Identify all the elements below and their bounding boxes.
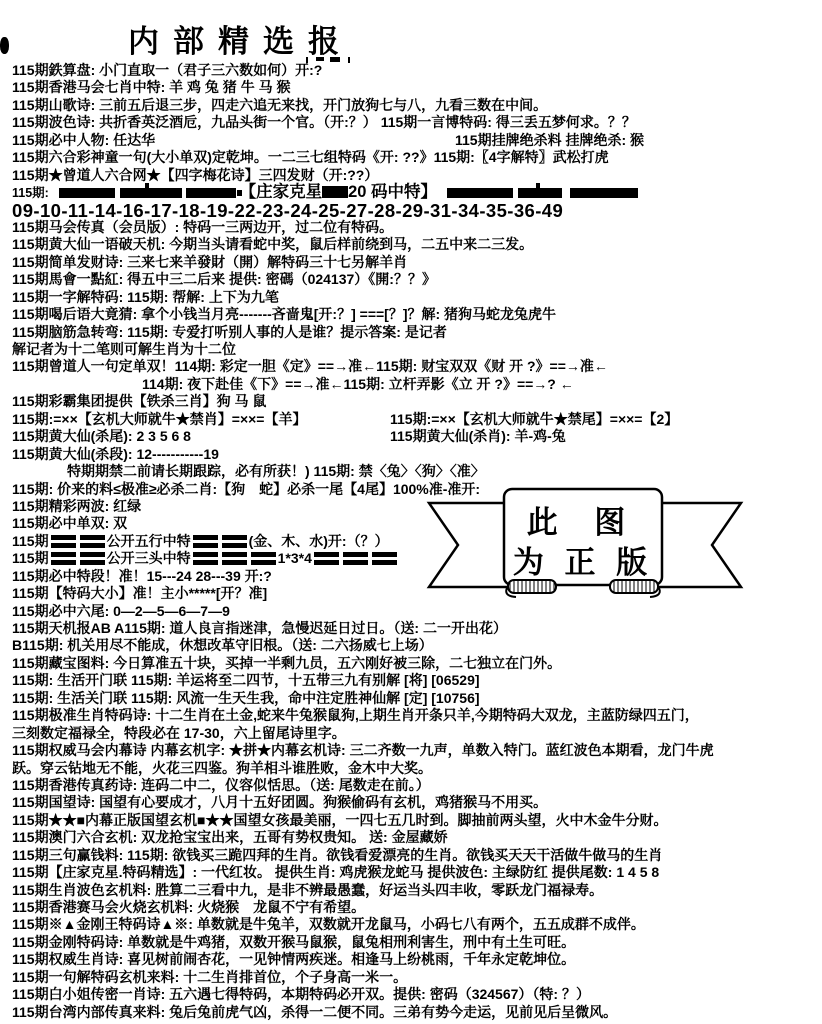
text-row: 115期★曾道人六合网★【四字梅花诗】三四发财（开:??） xyxy=(12,167,818,184)
row-left: 115期黄大仙(杀尾): 2 3 5 6 8 xyxy=(12,428,191,444)
double-bar-icon xyxy=(314,552,339,565)
double-bar-icon xyxy=(51,552,76,565)
text-row: 115期【庄家克星.特码精选】: 一代红妆。 提供生肖: 鸡虎猴龙蛇马 提供波色… xyxy=(12,864,818,881)
text-row: 115期一字解特码: 115期: 帮解: 上下为九笔 xyxy=(12,289,818,306)
text-row: 115期黄大仙一语破天机: 今期当头请看蛇中奖，鼠后样前绕到马，二五中来二三发。 xyxy=(12,236,818,253)
text-row: 115期一句解特码玄机来料: 十二生肖排首位，个子身高一米一。 xyxy=(12,969,818,986)
double-bar-icon xyxy=(193,552,218,565)
row-left: 115期必中人物: 任达华 xyxy=(12,132,155,148)
numbers-row: 09-10-11-14-16-17-18-19-22-23-24-25-27-2… xyxy=(12,202,818,219)
text-row: 115期馬會一點紅: 得五中三二后来 提供: 密碼（024137）《開:？？》 xyxy=(12,271,818,288)
text-row: 115期权威马会内幕诗 内幕玄机字: ★拼★内幕玄机诗: 三二齐数一九声，单数入… xyxy=(12,742,818,759)
text-row: 115期※▲金刚王特码诗▲※: 单数就是牛兔羊，双数就开龙鼠马，小码七八有两个，… xyxy=(12,916,818,933)
double-bar-icon xyxy=(51,535,76,548)
text-row: 115期藏宝图料: 今日算准五十块，买掉一半剩九员，五六刚好被三除，二七独立在门… xyxy=(12,655,818,672)
row-part: 公开三头中特 xyxy=(107,550,191,566)
text-row: 115期彩霸集团提供【铁杀三肖】狗 马 鼠 xyxy=(12,393,818,410)
double-bar-icon xyxy=(372,552,397,565)
text-row: 115期山歌诗: 三前五后退三步，四走六追无来找，开门放狗七与八，九看三数在中间… xyxy=(12,97,818,114)
text-row: 115期三句赢钱料: 115期: 欲钱买三跪四拜的生肖。欲钱看爱漂亮的生肖。欲钱… xyxy=(12,847,818,864)
ink-blot xyxy=(0,37,9,54)
row-part: 1*3*4 xyxy=(278,550,312,566)
two-column-row: 115期黄大仙(杀尾): 2 3 5 6 8 115期黄大仙(杀肖): 羊-鸡-… xyxy=(12,428,818,445)
redaction-bar xyxy=(518,188,562,198)
double-bar-icon xyxy=(80,552,105,565)
text-row: 114期: 夜下赴佳《下》==→准←115期: 立杆弄影《立 开 ?》==→? … xyxy=(12,376,818,393)
row-part: (金、木、水)开:（？） xyxy=(249,533,389,549)
row-right: 115期黄大仙(杀肖): 羊-鸡-兔 xyxy=(390,428,566,445)
row-part: 公开五行中特 xyxy=(107,533,191,549)
double-bar-icon xyxy=(251,552,276,565)
banner-label-right: 20 码中特】 xyxy=(348,183,437,201)
row-right: 115期挂牌绝杀料 挂牌绝杀: 猴 xyxy=(455,132,644,149)
redaction-bar xyxy=(570,188,638,198)
text-row: 115期香港马会七肖中特: 羊 鸡 兔 猪 牛 马 猴 xyxy=(12,79,818,96)
text-row: 115期鉄算盘: 小门直取一（君子三六数如何）开:? xyxy=(12,62,818,79)
text-row: 115期澳门六合玄机: 双龙抢宝宝出来，五哥有势权贵知。 送: 金屋藏娇 xyxy=(12,829,818,846)
text-row: 跃。穿云钻地无不能，火花三四鉴。狗羊相斗谁胜败，金木中大奖。 xyxy=(12,760,818,777)
row-right: 115期:=××【玄机大师就牛★禁尾】=××=【2】 xyxy=(390,411,678,428)
text-row: 115期六合彩神童一句(大小单双)定乾坤。一二三七组特码《开: ??》115期:… xyxy=(12,149,818,166)
redaction-bar xyxy=(186,188,236,198)
text-row: 115期曾道人一句定单双！114期: 彩定一胆《定》==→准←115期: 财宝双… xyxy=(12,358,818,375)
redacted-banner-row: 115期: 【庄家克星20 码中特】 xyxy=(12,184,818,201)
double-bar-icon xyxy=(343,552,368,565)
text-row: 115期权威生肖诗: 喜见树前闹杏花，一见钟情两疾迷。相逢马上纷桃雨，千年永定乾… xyxy=(12,951,818,968)
redaction-bar xyxy=(447,188,513,198)
text-row: 115期生肖波色玄机料: 胜算二三看中九，是非不辨最愚蠢，好运当头四丰收，零跃龙… xyxy=(12,882,818,899)
text-row: 115期国望诗: 国望有心要成才，八月十五好团圆。狗猴偷码有玄机，鸡猪猴马不用买… xyxy=(12,794,818,811)
banner-label-left: 【庄家克星 xyxy=(240,183,323,201)
double-bar-icon xyxy=(193,535,218,548)
text-row: 115期简单发财诗: 三来七来羊發財（開）解特码三十七另解羊肖 xyxy=(12,254,818,271)
report-title: 内部精选报 xyxy=(128,16,353,61)
text-row: 115期马会传真（会员版）: 特码一三两边开，过二位有特码。 xyxy=(12,219,818,236)
double-bar-icon xyxy=(222,535,247,548)
authenticity-stamp: 此 图 为 正 版 xyxy=(424,487,746,609)
redaction-bar xyxy=(59,188,115,198)
row-left: 115期:=××【玄机大师就牛★禁肖】=××=【羊】 xyxy=(12,411,306,427)
text-row: 115期: 生活开门联 115期: 羊运将至二四节，十五带三九有别解 [将] [… xyxy=(12,672,818,689)
row-part: 115期 xyxy=(12,533,49,549)
text-row: 解记者为十二笔则可解生肖为十二位 xyxy=(12,341,818,358)
text-row: 115期脑筋急转弯: 115期: 专爱打听别人事的人是谁？提示答案: 是记者 xyxy=(12,324,818,341)
two-column-row: 115期:=××【玄机大师就牛★禁肖】=××=【羊】 115期:=××【玄机大师… xyxy=(12,411,818,428)
stamp-text-bottom: 为 正 版 xyxy=(513,545,653,580)
row-part: 115期 xyxy=(12,550,49,566)
text-row: 115期喝后语大竟猜: 拿个小钱当月亮-------吝啬鬼[开:？] ===[？… xyxy=(12,306,818,323)
text-row: 115期香港赛马会火烧玄机料: 火烧猴 龙鼠不宁有希望。 xyxy=(12,899,818,916)
text-row: 115期: 生活关门联 115期: 风流一生天生我，命中注定胜神仙解 [定] [… xyxy=(12,690,818,707)
row-prefix: 115期: xyxy=(12,186,49,200)
double-bar-icon xyxy=(80,535,105,548)
text-row: 115期白小姐传密一肖诗: 五六遇七得特码，本期特码必开双。提供: 密码（324… xyxy=(12,986,818,1003)
redaction-bar xyxy=(120,188,182,198)
text-row: 115期波色诗: 共折香英泛酒卮，九品头街一个官。（开:？） 115期一言博特码… xyxy=(12,114,818,131)
text-row: 115期台湾内部传真来料: 兔后兔前虎气凶，杀得一二便不同。三弟有势今走运，见前… xyxy=(12,1004,818,1021)
double-bar-icon xyxy=(222,552,247,565)
text-row: 115期香港传真药诗: 连码二中二，仪容似恬思。（送: 尾数走在前。） xyxy=(12,777,818,794)
text-row: B115期: 机关用尽不能成，休想改革守旧根。（送: 二六扬威七上场） xyxy=(12,637,818,654)
text-row: 115期黄大仙(杀段): 12-----------19 xyxy=(12,446,818,463)
text-row: 三刻数定福禄全，特段必在 17-30，六上留尾诗里字。 xyxy=(12,725,818,742)
text-row: 特期期禁二前请长期跟踪，必有所获！) 115期: 禁〈兔〉〈狗〉〈准〉 xyxy=(12,463,818,480)
redaction-bar xyxy=(322,186,348,198)
text-row: 115期金刚特码诗: 单数就是牛鸡猪，双数开猴马鼠猴，鼠兔相刑利害生，刑中有土生… xyxy=(12,934,818,951)
two-column-row: 115期必中人物: 任达华 115期挂牌绝杀料 挂牌绝杀: 猴 xyxy=(12,132,818,149)
text-row: 115期★★■内幕正版国望玄机■★★国望女孩最美丽，一四七五几时到。脚抽前两头望… xyxy=(12,812,818,829)
text-row: 115期天机报AB A115期: 道人良言指迷津，急慢迟延日过日。（送: 二一开… xyxy=(12,620,818,637)
text-row: 115期极准生肖特码诗: 十二生肖在土金,蛇来牛兔猴鼠狗,上期生肖开条只羊,今期… xyxy=(12,707,818,724)
stamp-text-top: 此 图 xyxy=(527,505,640,540)
